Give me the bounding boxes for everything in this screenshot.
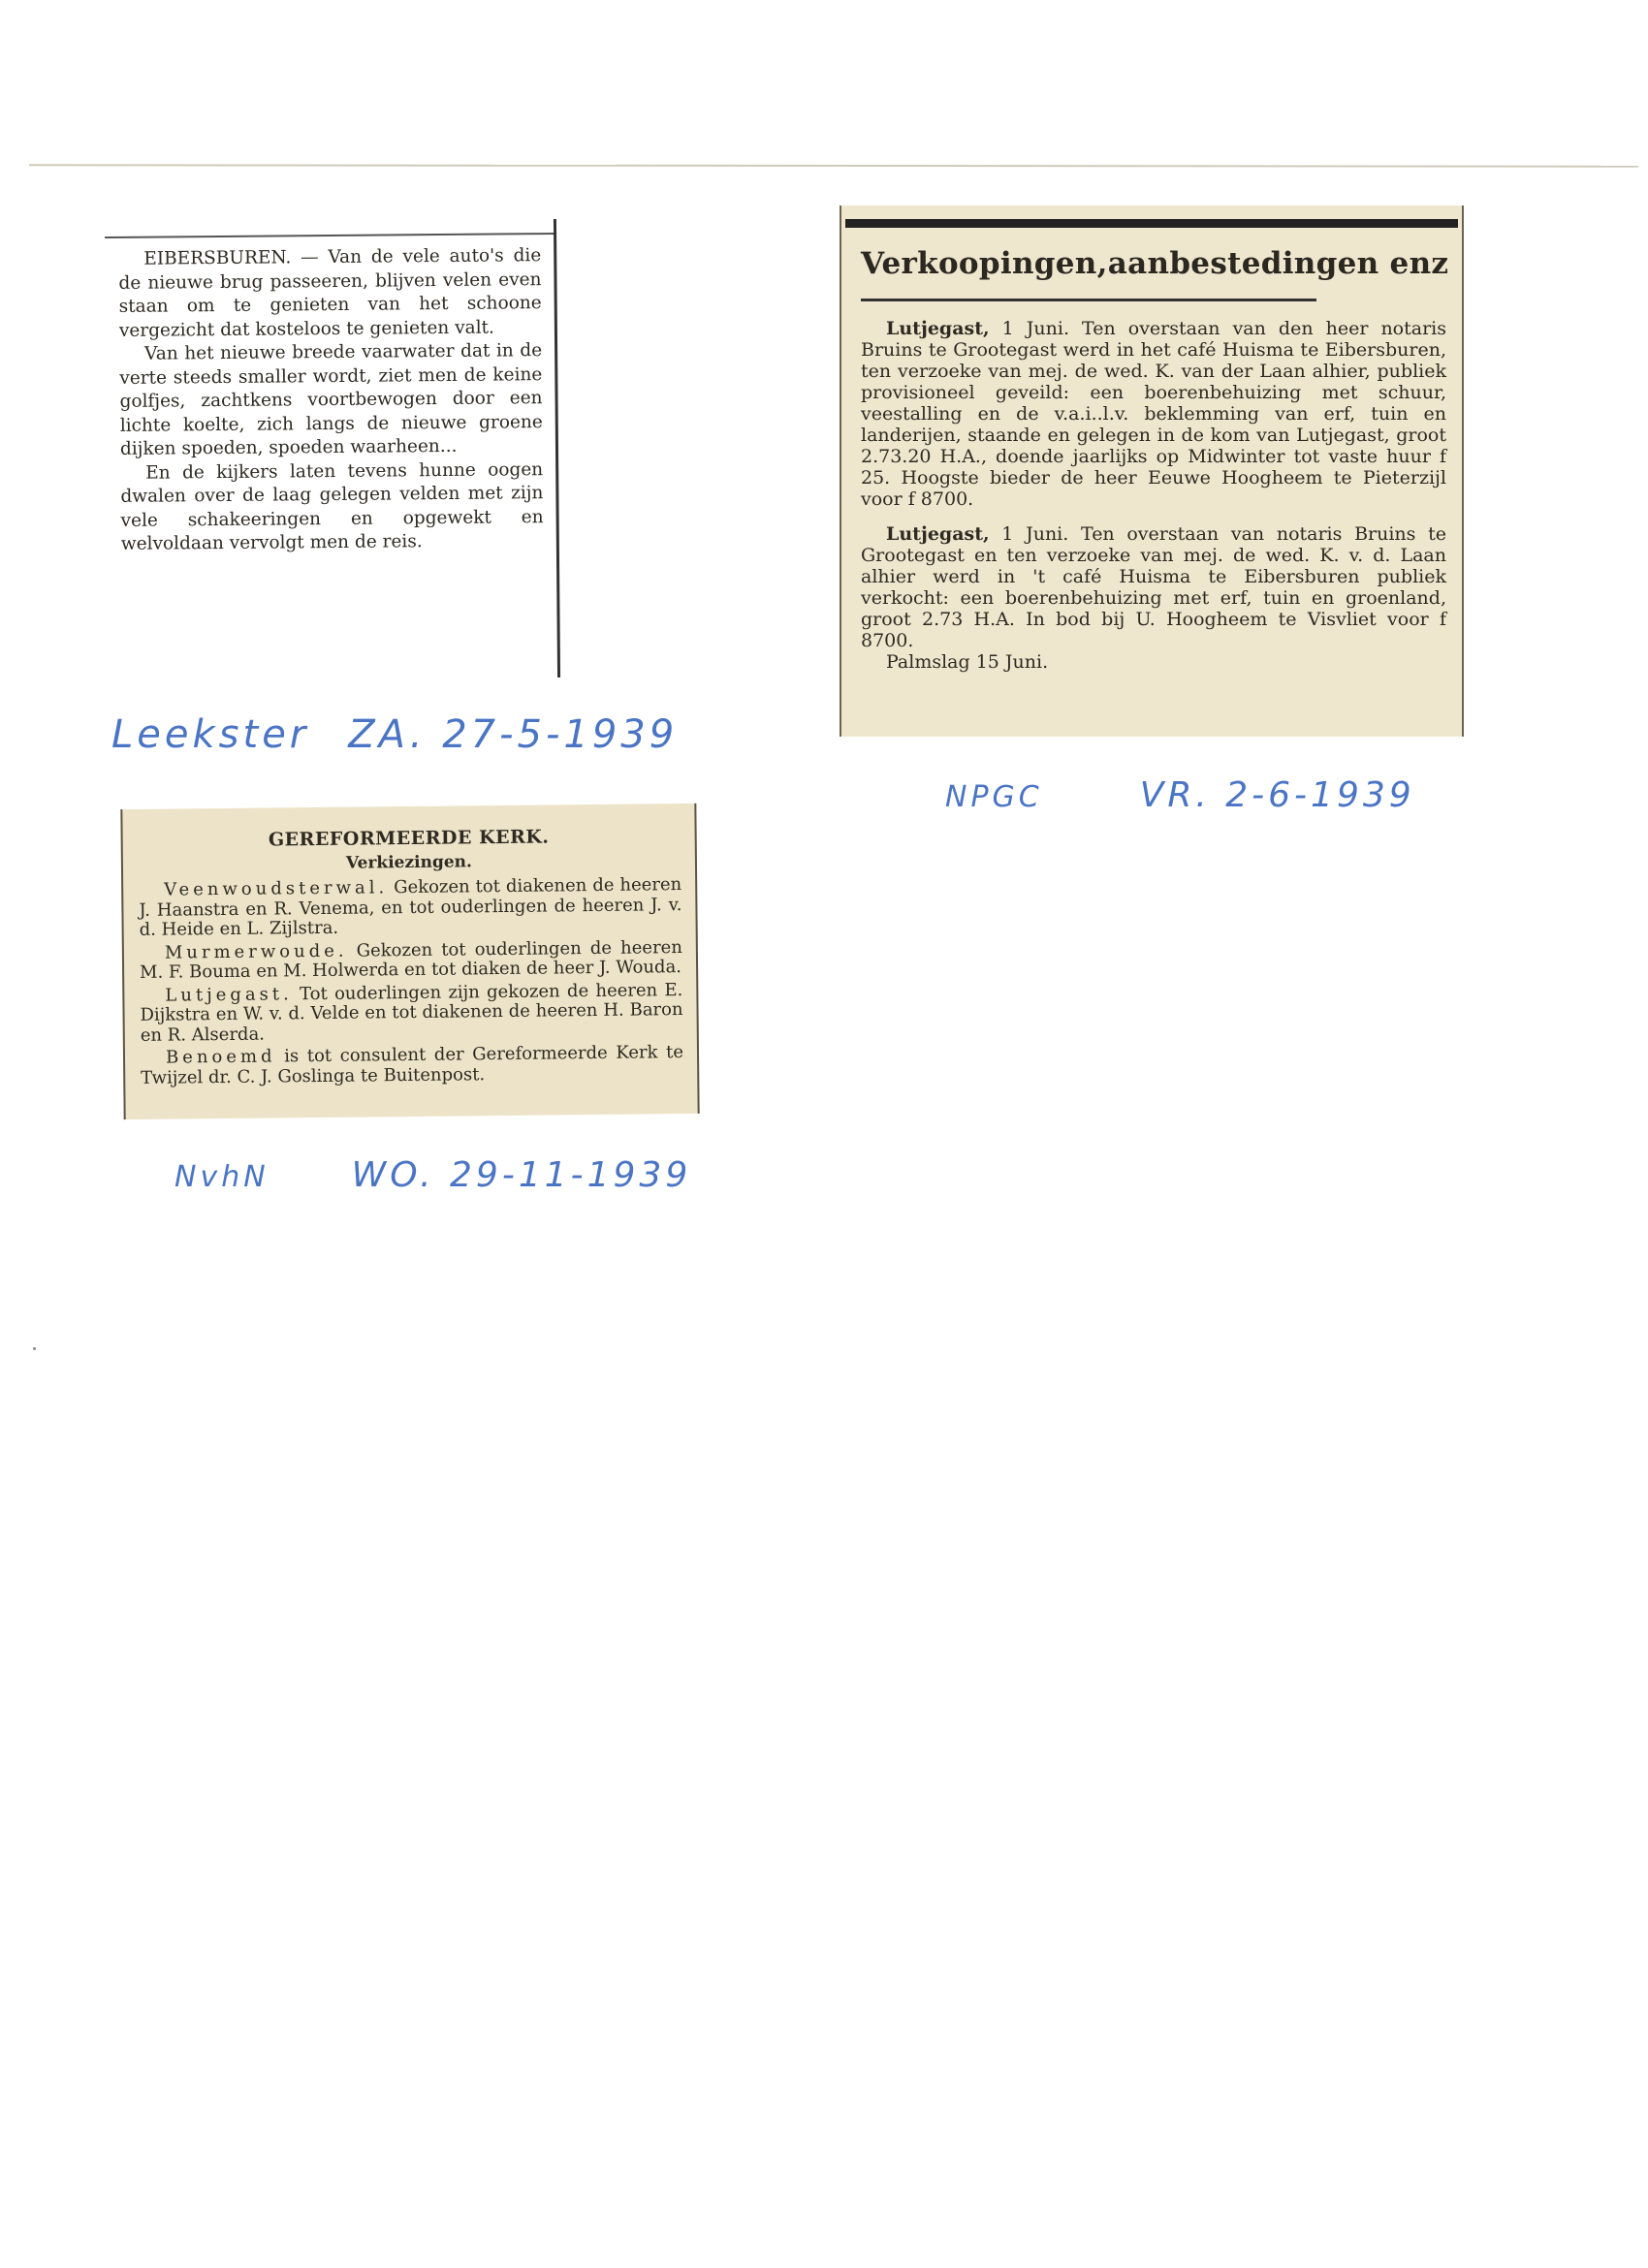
paragraph: Van het nieuwe breede vaarwater dat in d… <box>119 339 543 461</box>
clipping-top-rule <box>105 233 556 238</box>
header-rule <box>845 219 1458 228</box>
note-date: WO. 29-11-1939 <box>352 1155 692 1195</box>
notice-lead: Lutjegast, <box>886 523 990 545</box>
note-date: ZA. 27-5-1939 <box>348 712 678 757</box>
page-top-rule <box>29 164 1638 167</box>
article-body: Lutjegast, 1 Juni. Ten overstaan van den… <box>861 318 1446 673</box>
clipping-gereformeerde-kerk: GEREFORMEERDE KERK. Verkiezingen. Veenwo… <box>120 803 699 1119</box>
notice-lead: Lutjegast, <box>886 318 990 339</box>
section-headline: Verkoopingen,aanbestedingen enz <box>861 246 1452 281</box>
election-item: Lutjegast. Tot ouderlingen zijn gekozen … <box>140 981 683 1046</box>
handwritten-source-note: LeeksterZA. 27-5-1939 <box>111 712 678 757</box>
scan-speck <box>33 1347 36 1350</box>
notice-closing: Palmslag 15 Juni. <box>861 651 1446 673</box>
notice-item: Lutjegast, 1 Juni. Ten overstaan van den… <box>861 318 1446 510</box>
headline-rule <box>861 299 1316 301</box>
place-name: Lutjegast. <box>165 984 293 1005</box>
article-body: Veenwoudsterwal. Gekozen tot diakenen de… <box>139 875 683 1091</box>
note-source: NvhN <box>174 1160 269 1194</box>
note-source: Leekster <box>111 712 309 757</box>
election-item: Veenwoudsterwal. Gekozen tot diakenen de… <box>139 875 682 940</box>
place-name: Benoemd <box>166 1046 276 1067</box>
notice-text: 1 Juni. Ten overstaan van den heer notar… <box>861 318 1446 510</box>
election-item: Benoemd is tot consulent der Gereformeer… <box>141 1043 683 1088</box>
handwritten-source-note: NPGCVR. 2-6-1939 <box>945 775 1415 815</box>
paragraph: EIBERSBUREN. — Van de vele auto's die de… <box>118 244 542 343</box>
paragraph: En de kijkers laten tevens hunne oogen d… <box>120 458 544 557</box>
clipping-eibersburen: EIBERSBUREN. — Van de vele auto's die de… <box>105 219 560 681</box>
election-item: Murmerwoude. Gekozen tot ouderlingen de … <box>140 938 682 984</box>
note-source: NPGC <box>945 780 1043 814</box>
clipping-column-rule <box>554 219 560 677</box>
clipping-title: GEREFORMEERDE KERK. <box>123 825 695 852</box>
article-body: EIBERSBUREN. — Van de vele auto's die de… <box>118 244 544 556</box>
clipping-subtitle: Verkiezingen. <box>123 850 695 875</box>
handwritten-source-note: NvhNWO. 29-11-1939 <box>174 1155 691 1195</box>
note-date: VR. 2-6-1939 <box>1140 775 1415 815</box>
place-name: Murmerwoude. <box>165 940 348 962</box>
clipping-verkoopingen: Verkoopingen,aanbestedingen enz Lutjegas… <box>840 205 1464 737</box>
notice-item: Lutjegast, 1 Juni. Ten overstaan van not… <box>861 523 1446 651</box>
